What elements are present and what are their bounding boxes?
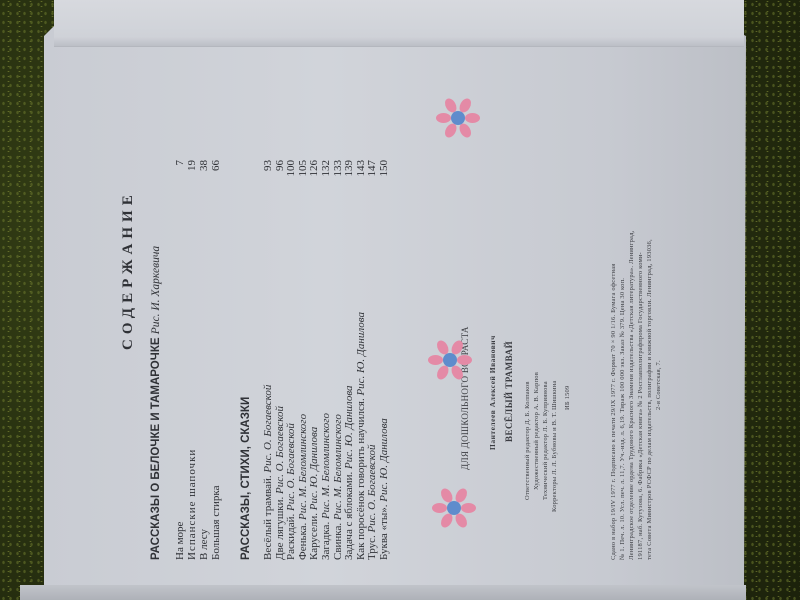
page-number: 133	[332, 160, 344, 177]
story-title: Загадка.	[320, 522, 332, 560]
page-number: 7	[174, 160, 186, 166]
leader-dots	[387, 182, 388, 414]
page-number: 147	[366, 160, 378, 177]
rotated-page-content: СОДЕРЖАНИЕ РАССКАЗЫ О БЕЛОЧКЕ И ТАМАРОЧК…	[140, 0, 740, 560]
leader-dots	[183, 178, 184, 470]
publication-line: 2-я Советская, 7.	[655, 360, 662, 410]
leader-dots	[364, 182, 365, 308]
flower-decoration-icon	[432, 486, 476, 530]
credit-line: Корректоры Л. Л. Бубновы и В. Т. Шишкина	[551, 381, 558, 512]
story-title: Задача с яблоками.	[343, 472, 355, 560]
publication-line: тета Совета Министров РСФСР по делам изд…	[646, 239, 653, 560]
story-title: Две лягушки.	[274, 497, 286, 560]
book-title: ВЕСЁЛЫЙ ТРАМВАЙ	[504, 341, 514, 442]
flower-decoration-icon	[436, 96, 480, 140]
toc-item[interactable]: Буква «ты». Рис. Ю. Данилова150	[378, 160, 392, 560]
publication-line: Сдано в набор 19/IV 1977 г. Подписано к …	[610, 264, 617, 561]
story-title: Весёлый трамвай.	[262, 475, 274, 560]
story-title: Буква «ты».	[378, 504, 390, 560]
publication-line: № 1. Печ. л. 10. Усл. печ. л. 11,7. Уч.-…	[619, 278, 626, 560]
page-number: 105	[297, 160, 309, 177]
illustrator: Рис. Ю. Данилова	[378, 418, 390, 502]
flower-decoration-icon	[428, 338, 472, 382]
page-number: 126	[308, 160, 320, 177]
leader-dots	[294, 182, 295, 419]
illustrator: Рис. М. Беломлинского	[297, 414, 309, 520]
credit-line: Технический редактор Л. Б. Куприянова	[542, 381, 549, 500]
leader-dots	[341, 182, 342, 410]
page-title: СОДЕРЖАНИЕ	[120, 190, 137, 350]
page-number: 19	[186, 160, 198, 171]
page-number: 93	[262, 160, 274, 171]
flower-petal	[432, 503, 447, 513]
flower-center	[451, 111, 465, 125]
leader-dots	[195, 178, 196, 470]
illustrator: Рис. М. Беломлинского	[332, 414, 344, 520]
ib-number: ИБ 1509	[564, 386, 571, 410]
section-heading-1: РАССКАЗЫ О БЕЛОЧКЕ И ТАМАРОЧКЕ Рис. И. Х…	[150, 246, 162, 560]
flower-petal	[461, 503, 476, 513]
leader-dots	[352, 182, 353, 381]
flower-center	[447, 501, 461, 515]
page-number: 38	[198, 160, 210, 171]
illustrator: Рис. О. Богаевской	[262, 385, 274, 473]
flower-center	[443, 353, 457, 367]
page-bottom-edge	[20, 585, 746, 600]
page-number: 150	[378, 160, 390, 177]
illustrator: Рис. О. Богаевской	[285, 423, 297, 511]
story-title: Трус.	[366, 535, 378, 560]
leader-dots	[329, 182, 330, 409]
publication-line: 191187, наб. Кутузова, 6. Фабрика «Детск…	[637, 252, 644, 560]
leader-dots	[207, 178, 208, 470]
illustrator: Рис. М. Беломлинского	[320, 413, 332, 519]
author-name: Пантелеев Алексей Иванович	[488, 335, 497, 450]
illustrator: Рис. О. Богаевской	[366, 445, 378, 533]
page-number: 139	[343, 160, 355, 177]
toc-item[interactable]: Большая стирка 66	[210, 160, 224, 560]
page-number: 96	[274, 160, 286, 171]
illustrator: Рис. Ю. Данилова	[343, 385, 355, 469]
leader-dots	[317, 182, 318, 423]
leader-dots	[219, 178, 220, 470]
credit-line: Ответственный редактор Д. Б. Колпаков	[524, 381, 531, 500]
story-title: Раскидай.	[285, 514, 297, 560]
flower-petal	[428, 355, 443, 365]
page-number: 66	[210, 160, 222, 171]
story-title: Карусели.	[308, 513, 320, 560]
leader-dots	[283, 182, 284, 402]
section-heading-2: РАССКАЗЫ, СТИХИ, СКАЗКИ	[240, 397, 252, 560]
leader-dots	[375, 182, 376, 440]
flower-petal	[465, 113, 480, 123]
page-number: 132	[320, 160, 332, 177]
leader-dots	[271, 182, 272, 381]
story-title: Свинка.	[332, 523, 344, 560]
story-title: Фенька.	[297, 523, 309, 560]
flower-petal	[457, 355, 472, 365]
flower-petal	[436, 113, 451, 123]
illustrator: Рис. Ю. Данилова	[308, 427, 320, 511]
publication-line: Ленинградское отделение ордена Трудового…	[628, 231, 635, 560]
illustrator: Рис. Ю. Данилова	[355, 312, 367, 396]
illustrator: Рис. О. Богаевской	[274, 406, 286, 494]
page-number: 143	[355, 160, 367, 177]
leader-dots	[306, 182, 307, 410]
credit-line: Художественный редактор А. В. Карпов	[533, 372, 540, 490]
page-number: 100	[285, 160, 297, 177]
story-title: Как поросёнок говорить научился.	[355, 398, 367, 560]
